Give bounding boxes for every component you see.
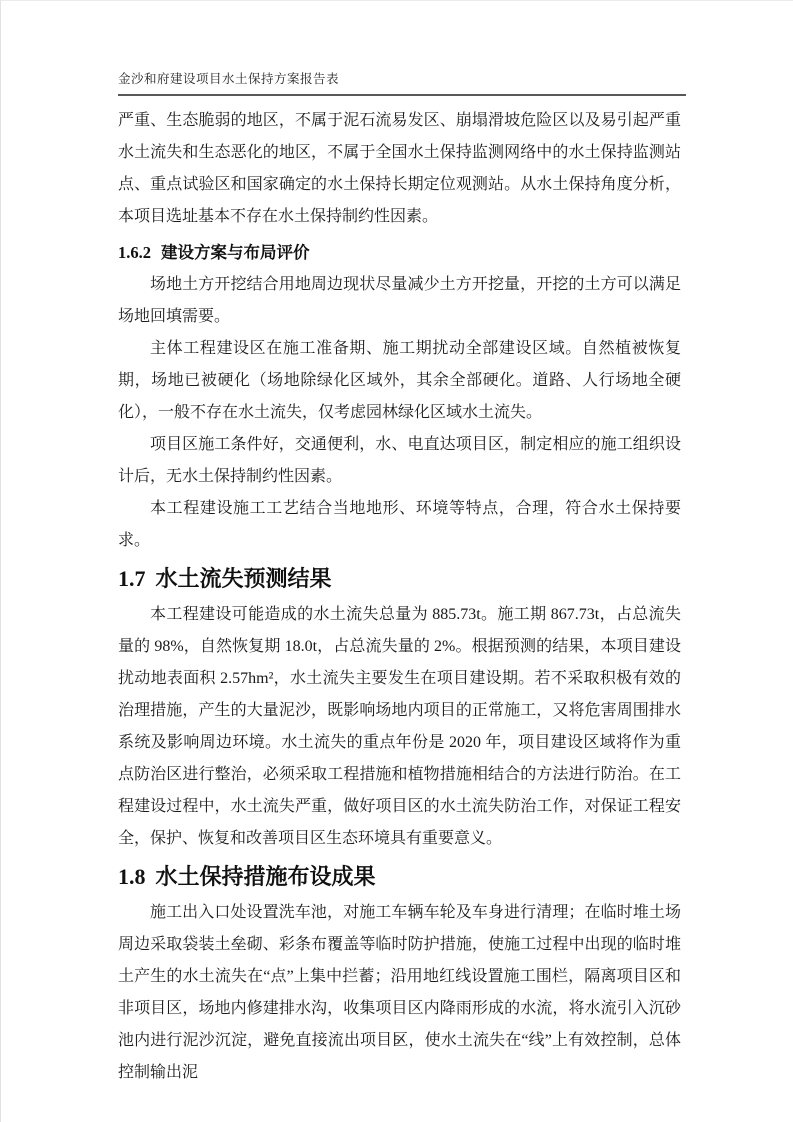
paragraph: 本工程建设施工工艺结合当地地形、环境等特点，合理，符合水土保持要求。: [118, 493, 681, 557]
heading-section-1-8: 1.8水土保持措施布设成果: [118, 859, 681, 895]
paragraph: 主体工程建设区在施工准备期、施工期扰动全部建设区域。自然植被恢复期，场地已被硬化…: [118, 333, 681, 429]
heading-title: 水土保持措施布设成果: [156, 864, 376, 889]
heading-section-1-6-2: 1.6.2建设方案与布局评价: [118, 237, 681, 269]
heading-section-1-7: 1.7水土流失预测结果: [118, 561, 681, 597]
heading-title: 建设方案与布局评价: [161, 243, 310, 262]
paragraph: 场地土方开挖结合用地周边现状尽量减少土方开挖量，开挖的土方可以满足场地回填需要。: [118, 269, 681, 333]
paragraph: 项目区施工条件好，交通便利，水、电直达项目区，制定相应的施工组织设计后，无水土保…: [118, 429, 681, 493]
paragraph: 本工程建设可能造成的水土流失总量为 885.73t。施工期 867.73t，占总…: [118, 599, 681, 855]
document-body: 严重、生态脆弱的地区，不属于泥石流易发区、崩塌滑坡危险区以及易引起严重水土流失和…: [118, 105, 681, 1089]
heading-number: 1.7: [118, 566, 146, 591]
document-page: 金沙和府建设项目水土保持方案报告表 严重、生态脆弱的地区，不属于泥石流易发区、崩…: [0, 0, 793, 1122]
heading-number: 1.8: [118, 864, 146, 889]
page-number: 5: [394, 1032, 401, 1047]
heading-title: 水土流失预测结果: [156, 566, 332, 591]
running-header: 金沙和府建设项目水土保持方案报告表: [118, 71, 686, 96]
page-footer: 5: [1, 1032, 793, 1048]
intro-paragraph: 严重、生态脆弱的地区，不属于泥石流易发区、崩塌滑坡危险区以及易引起严重水土流失和…: [118, 105, 681, 233]
heading-number: 1.6.2: [118, 243, 151, 262]
paragraph: 施工出入口处设置洗车池，对施工车辆车轮及车身进行清理；在临时堆土场周边采取袋装土…: [118, 897, 681, 1089]
